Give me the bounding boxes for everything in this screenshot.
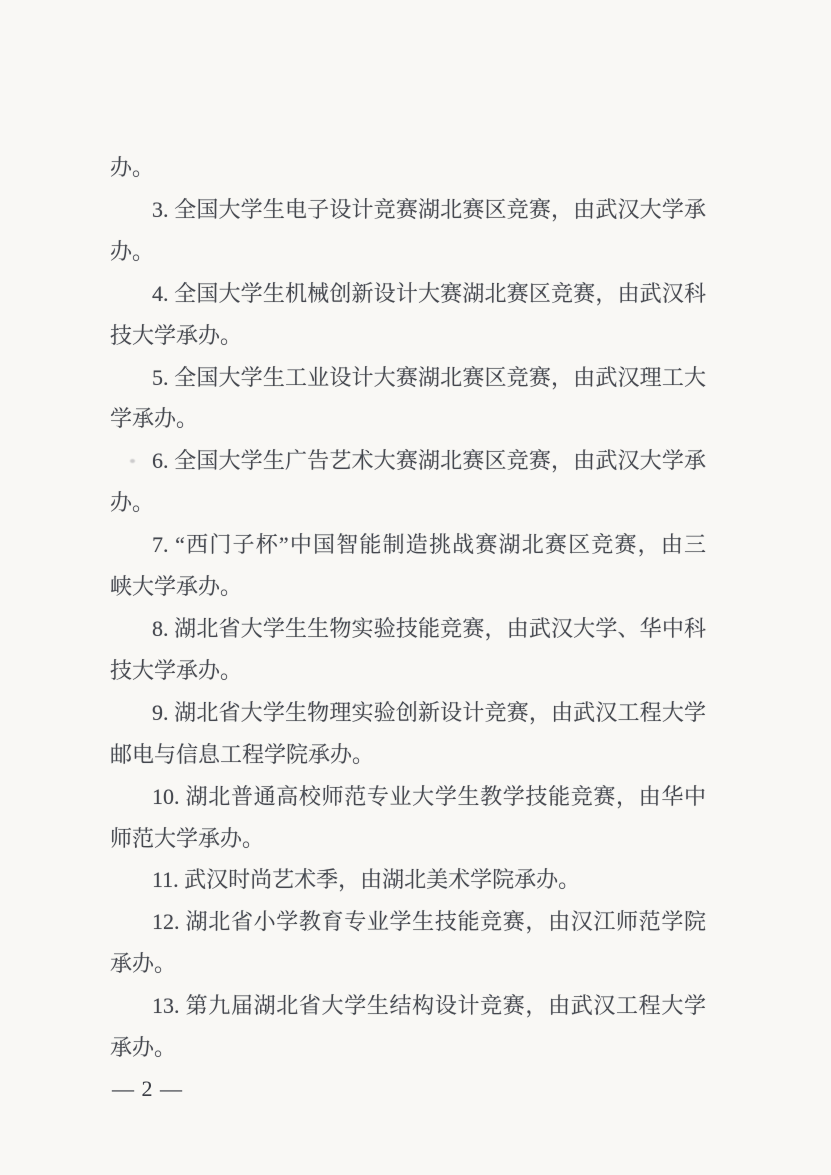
doc-line: 8. 湖北省大学生生物实验技能竞赛，由武汉大学、华中科 [110, 608, 706, 650]
doc-line: 13. 第九届湖北省大学生结构设计竞赛，由武汉工程大学 [110, 985, 706, 1027]
doc-line: 办。 [110, 147, 706, 189]
doc-line: 峡大学承办。 [110, 566, 706, 608]
doc-line: 5. 全国大学生工业设计大赛湖北赛区竞赛，由武汉理工大 [110, 357, 706, 399]
doc-line: 11. 武汉时尚艺术季，由湖北美术学院承办。 [110, 859, 706, 901]
doc-line: 9. 湖北省大学生物理实验创新设计竞赛，由武汉工程大学 [110, 692, 706, 734]
doc-line: 办。 [110, 231, 706, 273]
doc-line: 承办。 [110, 1027, 706, 1069]
doc-line: 3. 全国大学生电子设计竞赛湖北赛区竞赛，由武汉大学承 [110, 189, 706, 231]
doc-line: 学承办。 [110, 398, 706, 440]
page-number: — 2 — [112, 1068, 183, 1110]
document-body: 办。 3. 全国大学生电子设计竞赛湖北赛区竞赛，由武汉大学承 办。 4. 全国大… [110, 147, 706, 1069]
doc-line: 4. 全国大学生机械创新设计大赛湖北赛区竞赛，由武汉科 [110, 273, 706, 315]
doc-line: 技大学承办。 [110, 315, 706, 357]
doc-line: 7. “西门子杯”中国智能制造挑战赛湖北赛区竞赛，由三 [110, 524, 706, 566]
doc-line: 邮电与信息工程学院承办。 [110, 734, 706, 776]
document-page: 办。 3. 全国大学生电子设计竞赛湖北赛区竞赛，由武汉大学承 办。 4. 全国大… [0, 0, 831, 1175]
doc-line: 6. 全国大学生广告艺术大赛湖北赛区竞赛，由武汉大学承 [110, 440, 706, 482]
doc-line: 10. 湖北普通高校师范专业大学生教学技能竞赛，由华中 [110, 776, 706, 818]
scan-artifact-dot [130, 459, 135, 463]
doc-line: 承办。 [110, 943, 706, 985]
doc-line: 办。 [110, 482, 706, 524]
doc-line: 12. 湖北省小学教育专业学生技能竞赛，由汉江师范学院 [110, 901, 706, 943]
doc-line: 师范大学承办。 [110, 818, 706, 860]
doc-line: 技大学承办。 [110, 650, 706, 692]
